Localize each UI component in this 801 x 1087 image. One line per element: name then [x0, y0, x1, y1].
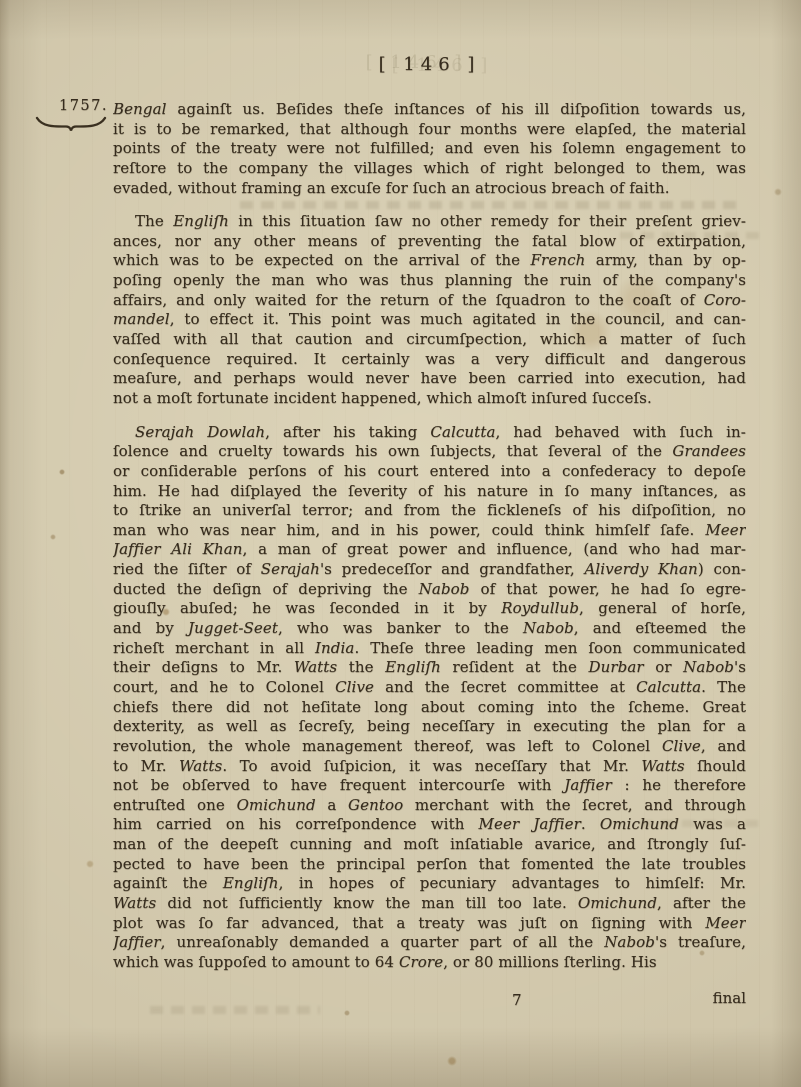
- text-line: ducted the deſign of depriving the Nabob…: [113, 580, 746, 600]
- text-line: affairs, and only waited for the return …: [113, 291, 746, 311]
- text-line: him. He had diſplayed the ſeverity of hi…: [113, 482, 746, 502]
- text-line: reſtore to the company the villages whic…: [113, 159, 746, 179]
- page-number: [ 146 ]: [113, 54, 746, 75]
- text-line: Serajah Dowlah, after his taking Calcutt…: [113, 423, 746, 443]
- text-line: richeſt merchant in all India. Theſe thr…: [113, 639, 746, 659]
- text-line: againſt the Engliſh, in hopes of pecunia…: [113, 874, 746, 894]
- text-line: poſing openly the man who was thus plann…: [113, 271, 746, 291]
- text-line: dexterity, as well as ſecreſy, being nec…: [113, 717, 746, 737]
- text-line: him carried on his correſpondence with M…: [113, 815, 746, 835]
- text-line: entruſted one Omichund a Gentoo merchant…: [113, 796, 746, 816]
- text-line: pected to have been the principal perſon…: [113, 855, 746, 875]
- year-brace-icon: [34, 115, 108, 132]
- paragraph: The Engliſh in this ſituation ſaw no oth…: [113, 212, 746, 408]
- text-line: mandel, to effect it. This point was muc…: [113, 310, 746, 330]
- text-line: points of the treaty were not fulfilled;…: [113, 139, 746, 159]
- text-line: evaded, without framing an excuſe for ſu…: [113, 179, 746, 199]
- text-line: giouſly abuſed; he was ſeconded in it by…: [113, 599, 746, 619]
- text-line: to ſtrike an univerſal terror; and from …: [113, 501, 746, 521]
- text-line: Bengal againſt us. Beſides theſe inſtanc…: [113, 100, 746, 120]
- text-line: The Engliſh in this ſituation ſaw no oth…: [113, 212, 746, 232]
- text-line: vaſſed with all that caution and circumſ…: [113, 330, 746, 350]
- body-text: Bengal againſt us. Beſides theſe inſtanc…: [113, 100, 746, 973]
- paragraph: Serajah Dowlah, after his taking Calcutt…: [113, 423, 746, 973]
- text-line: man of the deepeſt cunning and moſt inſa…: [113, 835, 746, 855]
- text-line: which was ſuppoſed to amount to 64 Crore…: [113, 953, 746, 973]
- text-line: and by Jugget-Seet, who was banker to th…: [113, 619, 746, 639]
- book-page-scan: { "colors": { "paper": "#cfc5a9", "ink":…: [0, 0, 801, 1087]
- text-line: man who was near him, and in his power, …: [113, 521, 746, 541]
- text-line: conſequence required. It certainly was a…: [113, 350, 746, 370]
- text-line: Jaffier, unreaſonably demanded a quarter…: [113, 933, 746, 953]
- text-line: revolution, the whole management thereof…: [113, 737, 746, 757]
- margin-year: 1757.: [30, 98, 108, 114]
- bleedthrough-smudge: [150, 1006, 320, 1014]
- text-line: ances, nor any other means of preventing…: [113, 232, 746, 252]
- text-line: not be obſerved to have frequent interco…: [113, 776, 746, 796]
- text-line: plot was ſo far advanced, that a treaty …: [113, 914, 746, 934]
- paragraph: Bengal againſt us. Beſides theſe inſtanc…: [113, 100, 746, 198]
- text-line: which was to be expected on the arrival …: [113, 251, 746, 271]
- text-line: meaſure, and perhaps would never have be…: [113, 369, 746, 389]
- text-line: not a moſt fortunate incident happened, …: [113, 389, 746, 409]
- text-line: their deſigns to Mr. Watts the Engliſh r…: [113, 658, 746, 678]
- text-line: court, and he to Colonel Clive and the ſ…: [113, 678, 746, 698]
- text-line: to Mr. Watts. To avoid ſuſpicion, it was…: [113, 757, 746, 777]
- text-line: Jaffier Ali Khan, a man of great power a…: [113, 540, 746, 560]
- text-line: Watts did not ſufficiently know the man …: [113, 894, 746, 914]
- text-line: ried the ſiſter of Serajah's predeceſſor…: [113, 560, 746, 580]
- text-line: it is to be remarked, that although four…: [113, 120, 746, 140]
- catchword: final: [113, 989, 746, 1007]
- text-line: or conſiderable perſons of his court ent…: [113, 462, 746, 482]
- text-line: chiefs there did not heſitate long about…: [113, 698, 746, 718]
- text-line: ſolence and cruelty towards his own ſubj…: [113, 442, 746, 462]
